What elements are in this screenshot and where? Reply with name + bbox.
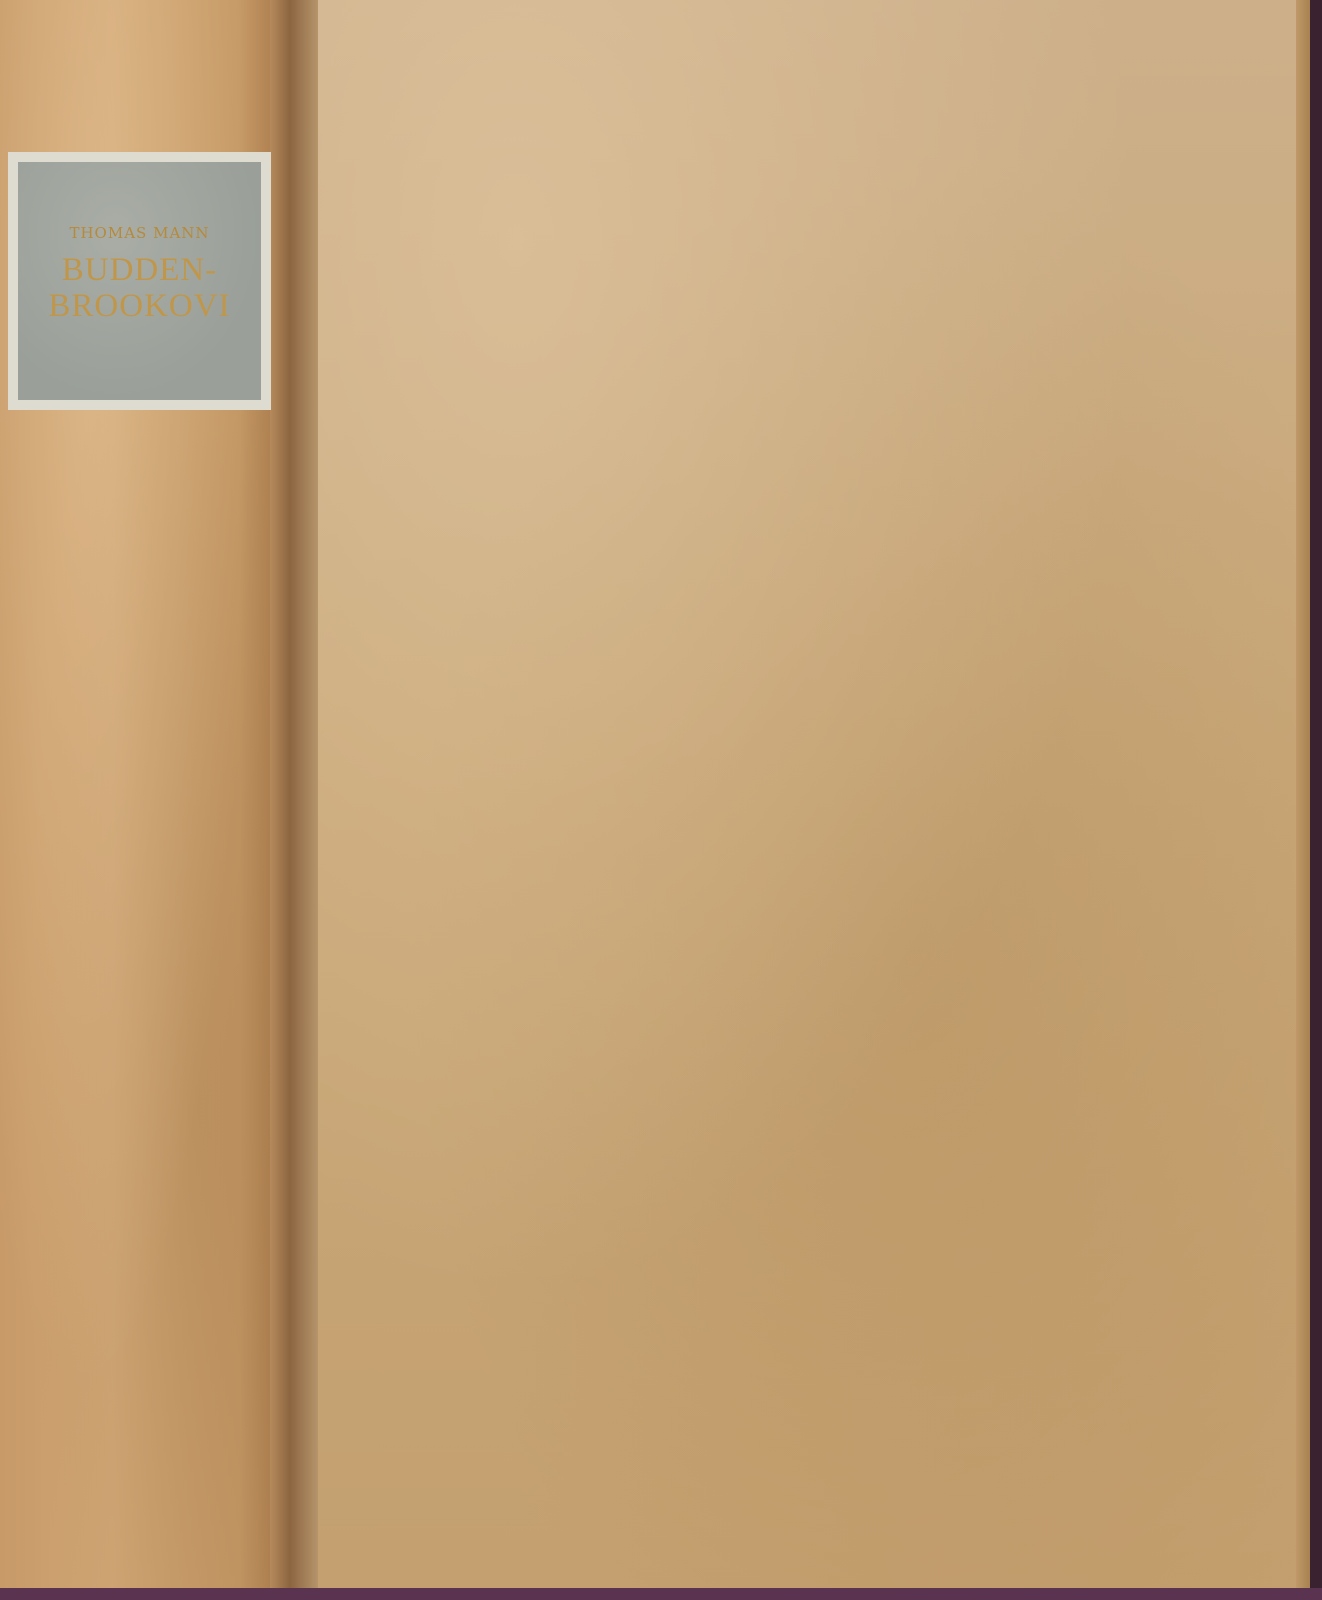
cover-edge — [1296, 0, 1310, 1588]
spine-label: THOMAS MANN BUDDEN- BROOKOVI — [8, 152, 271, 410]
title-line-1: BUDDEN- — [48, 252, 230, 288]
title-line-2: BROOKOVI — [48, 288, 230, 324]
spine-hinge — [270, 0, 320, 1588]
page-edge-right — [1310, 0, 1322, 1600]
front-cover — [318, 0, 1310, 1588]
spine-label-panel: THOMAS MANN BUDDEN- BROOKOVI — [18, 162, 261, 400]
book-title: BUDDEN- BROOKOVI — [48, 252, 230, 324]
page-edge-bottom — [0, 1588, 1322, 1600]
author-name: THOMAS MANN — [69, 224, 209, 242]
book: THOMAS MANN BUDDEN- BROOKOVI — [0, 0, 1310, 1588]
